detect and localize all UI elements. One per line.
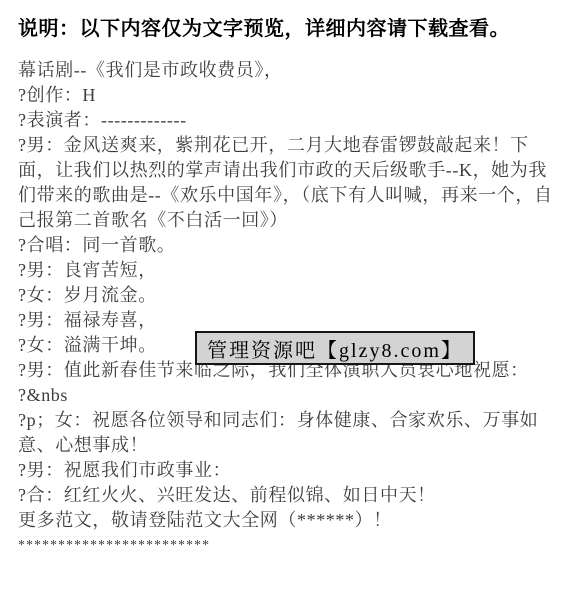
watermark-label: 管理资源吧【glzy8.com】: [207, 334, 463, 363]
text-line: ?男：良宵苦短，: [18, 258, 560, 283]
text-line: 幕话剧--《我们是市政收费员》，: [18, 58, 560, 83]
watermark-badge: 管理资源吧【glzy8.com】: [195, 331, 475, 365]
text-line: ?女：岁月流金。: [18, 283, 560, 308]
text-line: ?&nbs: [18, 383, 560, 408]
document-text-content: 幕话剧--《我们是市政收费员》，?创作：H?表演者：-------------?…: [18, 58, 560, 558]
text-line: ?合：红红火火、兴旺发达、前程似锦、如日中天！: [18, 483, 560, 508]
text-line: ************************: [18, 533, 560, 558]
document-preview-page: 说明：以下内容仅为文字预览，详细内容请下载查看。 幕话剧--《我们是市政收费员》…: [0, 0, 578, 600]
text-line: ?男：福禄寿喜，: [18, 308, 560, 333]
text-line: 更多范文，敬请登陆范文大全网（******）！: [18, 508, 560, 533]
text-line: ?创作：H: [18, 83, 560, 108]
text-line: ?男：祝愿我们市政事业：: [18, 458, 560, 483]
text-line: ?表演者：-------------: [18, 108, 560, 133]
text-line: ?男：金风送爽来，紫荆花已开，二月大地春雷锣鼓敲起来！下面，让我们以热烈的掌声请…: [18, 133, 560, 233]
preview-notice-title: 说明：以下内容仅为文字预览，详细内容请下载查看。: [18, 16, 560, 42]
text-line: ?合唱：同一首歌。: [18, 233, 560, 258]
text-line: ?p；女：祝愿各位领导和同志们：身体健康、合家欢乐、万事如意、心想事成！: [18, 408, 560, 458]
